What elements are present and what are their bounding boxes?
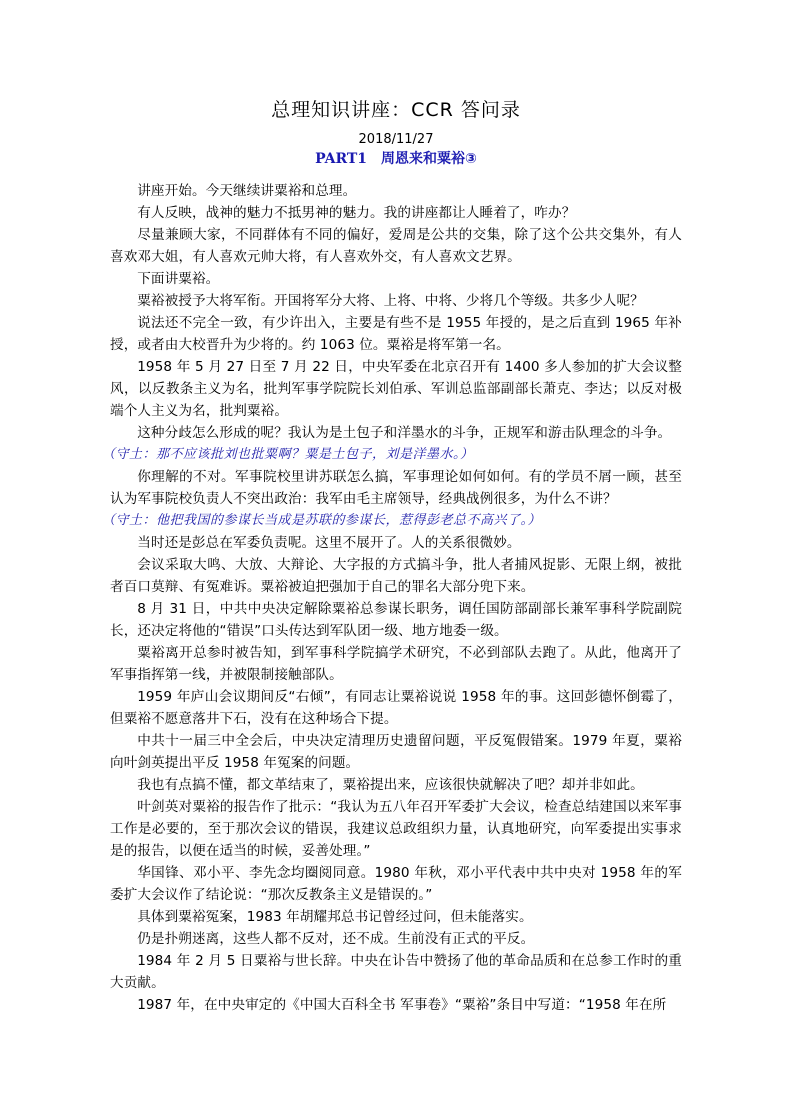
body-paragraph: 中共十一届三中全会后，中央决定清理历史遗留问题，平反冤假错案。1979 年夏，粟… [110,730,682,774]
body-paragraph: 我也有点搞不懂，都文革结束了，粟裕提出来，应该很快就解决了吧？却并非如此。 [110,774,682,796]
body-paragraph: 粟裕离开总参时被告知，到军事科学院搞学术研究，不必到部队去跑了。从此，他离开了军… [110,642,682,686]
body-paragraph: 会议采取大鸣、大放、大辩论、大字报的方式搞斗争，批人者捕风捉影、无限上纲，被批者… [110,554,682,598]
body-paragraph: 1959 年庐山会议期间反“右倾”，有同志让粟裕说说 1958 年的事。这回彭德… [110,686,682,730]
body-paragraph: 当时还是彭总在军委负责呢。这里不展开了。人的关系很微妙。 [110,532,682,554]
part-label: PART1 [315,151,367,167]
body-paragraph: 1958 年 5 月 27 日至 7 月 22 日，中央军委在北京召开有 140… [110,356,682,422]
body-paragraph: 叶剑英对粟裕的报告作了批示：“我认为五八年召开军委扩大会议，检查总结建国以来军事… [110,796,682,862]
body-paragraph: 仍是扑朔迷离，这些人都不反对，还不成。生前没有正式的平反。 [110,928,682,950]
document-title: 总理知识讲座：CCR 答问录 [110,98,682,122]
body-paragraph: 尽量兼顾大家，不同群体有不同的偏好，爱周是公共的交集，除了这个公共交集外，有人喜… [110,224,682,268]
body-paragraph: 1987 年，在中央审定的《中国大百科全书 军事卷》“粟裕”条目中写道：“195… [110,994,682,1016]
body-paragraph: 你理解的不对。军事院校里讲苏联怎么搞，军事理论如何如何。有的学员不屑一顾，甚至认… [110,466,682,510]
body-paragraph: 下面讲粟裕。 [110,268,682,290]
part-heading: PART1周恩来和粟裕③ [110,150,682,168]
body-paragraph: 1984 年 2 月 5 日粟裕与世长辞。中央在讣告中赞扬了他的革命品质和在总参… [110,950,682,994]
body-paragraph: 讲座开始。今天继续讲粟裕和总理。 [110,180,682,202]
body-paragraph: 这种分歧怎么形成的呢？我认为是土包子和洋墨水的斗争，正规军和游击队理念的斗争。 [110,422,682,444]
document-date: 2018/11/27 [110,132,682,148]
body-paragraph: 有人反映，战神的魅力不抵男神的魅力。我的讲座都让人睡着了，咋办？ [110,202,682,224]
body-paragraph: 说法还不完全一致，有少许出入，主要是有些不是 1955 年授的，是之后直到 19… [110,312,682,356]
body-paragraph: 粟裕被授予大将军衔。开国将军分大将、上将、中将、少将几个等级。共多少人呢？ [110,290,682,312]
commentary-note: （守土：他把我国的参谋长当成是苏联的参谋长，惹得彭老总不高兴了。） [102,510,682,532]
document-body: 讲座开始。今天继续讲粟裕和总理。有人反映，战神的魅力不抵男神的魅力。我的讲座都让… [110,180,682,1016]
body-paragraph: 具体到粟裕冤案，1983 年胡耀邦总书记曾经过问，但未能落实。 [110,906,682,928]
part-title: 周恩来和粟裕③ [381,151,477,167]
body-paragraph: 华国锋、邓小平、李先念均圈阅同意。1980 年秋，邓小平代表中共中央对 1958… [110,862,682,906]
commentary-note: （守土：那不应该批刘也批粟啊？粟是土包子，刘是洋墨水。） [102,444,682,466]
body-paragraph: 8 月 31 日，中共中央决定解除粟裕总参谋长职务，调任国防部副部长兼军事科学院… [110,598,682,642]
